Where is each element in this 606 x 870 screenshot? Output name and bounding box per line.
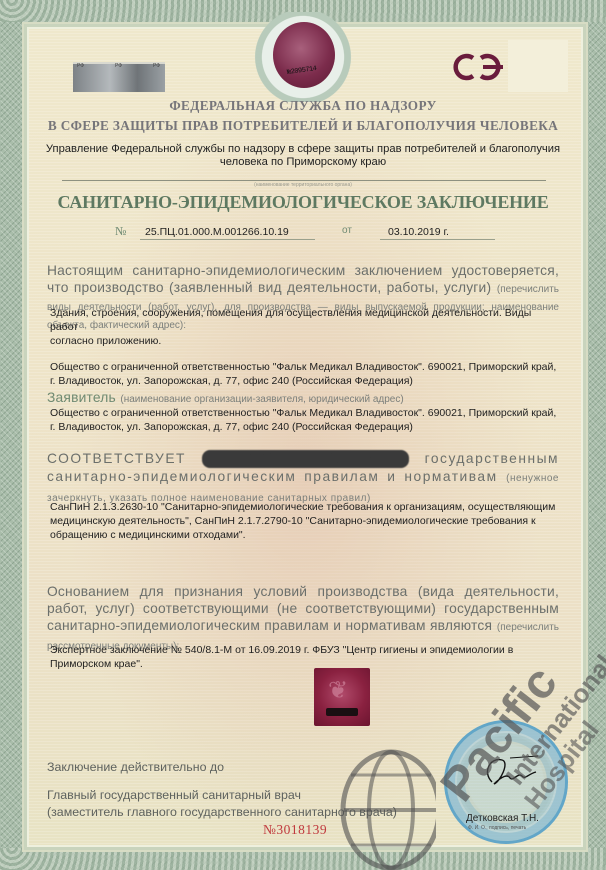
globe-watermark-icon [336,740,436,870]
regional-caption: (наименование территориального органа) [40,182,566,188]
regional-office: Управление Федеральной службы по надзору… [40,143,566,169]
security-strip: РФ РФ РФ [73,62,165,92]
applicant-label: Заявитель [47,390,116,405]
form-serial-number: №3018139 [263,822,327,838]
sanitary-rules-line: СанПиН 2.1.3.2630-10 "Санитарно-эпидемио… [50,500,560,514]
divider [62,180,546,181]
applicant-label-row: Заявитель (наименование организации-заяв… [47,389,559,407]
basis-document-line: Приморском крае". [50,657,560,671]
struck-status: (НЕ СООТВЕТСТВУЕТ) [202,450,409,468]
double-headed-eagle-icon: ❦ [328,676,348,705]
number-label: № [115,224,126,239]
basis-documents: Экспертное заключение № 540/8.1-М от 16.… [50,643,560,671]
certification-lead-text: Настоящим санитарно-эпидемиологическим з… [47,263,559,295]
number-underline [140,239,315,240]
certified-object-line: Здания, строения, сооружения, помещения … [50,306,560,334]
sanitary-rules-line: медицинскую деятельность", СанПиН 2.1.7.… [50,514,560,528]
applicant-line: Общество с ограниченной ответственностью… [50,406,560,420]
conformity-status: СООТВЕТСТВУЕТ [47,451,186,466]
emblem-serial: №2095714 [287,65,317,77]
hologram-emblem-icon: №2095714 [273,22,335,88]
regional-office-line: Управление Федеральной службы по надзору… [40,143,566,156]
certified-object-line: согласно приложению. [50,334,560,348]
applicant-details: Общество с ограниченной ответственностью… [50,406,560,434]
agency-title-line: В СФЕРЕ ЗАЩИТЫ ПРАВ ПОТРЕБИТЕЛЕЙ И БЛАГО… [30,116,576,136]
document-date: 03.10.2019 г. [388,226,449,238]
certified-object: Здания, строения, сооружения, помещения … [50,306,560,348]
signer-name: Детковская Т.Н. [466,813,539,824]
strip-mark: РФ [77,63,84,69]
sanitary-rules-line: обращению с медицинскими отходами". [50,528,560,542]
applicant-caption: (наименование организации-заявителя, юри… [120,394,403,405]
valid-until-label: Заключение действительно до [47,760,224,774]
hologram-seal-icon: ❦ [314,668,370,726]
object-address: Общество с ограниченной ответственностью… [50,360,560,388]
date-label: от [342,225,352,236]
document-number: 25.ПЦ.01.000.М.001266.10.19 [145,226,289,238]
regional-office-line: человека по Приморскому краю [40,156,566,169]
blank-field [508,40,568,92]
basis-text: Основанием для признания условий произво… [47,584,559,633]
document-title: САНИТАРНО-ЭПИДЕМИОЛОГИЧЕСКОЕ ЗАКЛЮЧЕНИЕ [30,192,576,213]
date-underline [380,239,495,240]
strip-mark: РФ [153,63,160,69]
applicant-line: г. Владивосток, ул. Запорожская, д. 77, … [50,420,560,434]
agency-title: ФЕДЕРАЛЬНАЯ СЛУЖБА ПО НАДЗОРУ В СФЕРЕ ЗА… [30,96,576,136]
agency-title-line: ФЕДЕРАЛЬНАЯ СЛУЖБА ПО НАДЗОРУ [30,96,576,116]
sanitary-rules: СанПиН 2.1.3.2630-10 "Санитарно-эпидемио… [50,500,560,542]
document-number-row: № 25.ПЦ.01.000.М.001266.10.19 от 03.10.2… [115,225,515,241]
strip-mark: РФ [115,63,122,69]
se-logo-icon [447,50,507,84]
seal-label-bar [326,708,358,716]
basis-document-line: Экспертное заключение № 540/8.1-М от 16.… [50,643,560,657]
object-address-line: г. Владивосток, ул. Запорожская, д. 77, … [50,374,560,388]
object-address-line: Общество с ограниченной ответственностью… [50,360,560,374]
signer-caption: Ф. И. О., подпись, печать [468,825,526,831]
